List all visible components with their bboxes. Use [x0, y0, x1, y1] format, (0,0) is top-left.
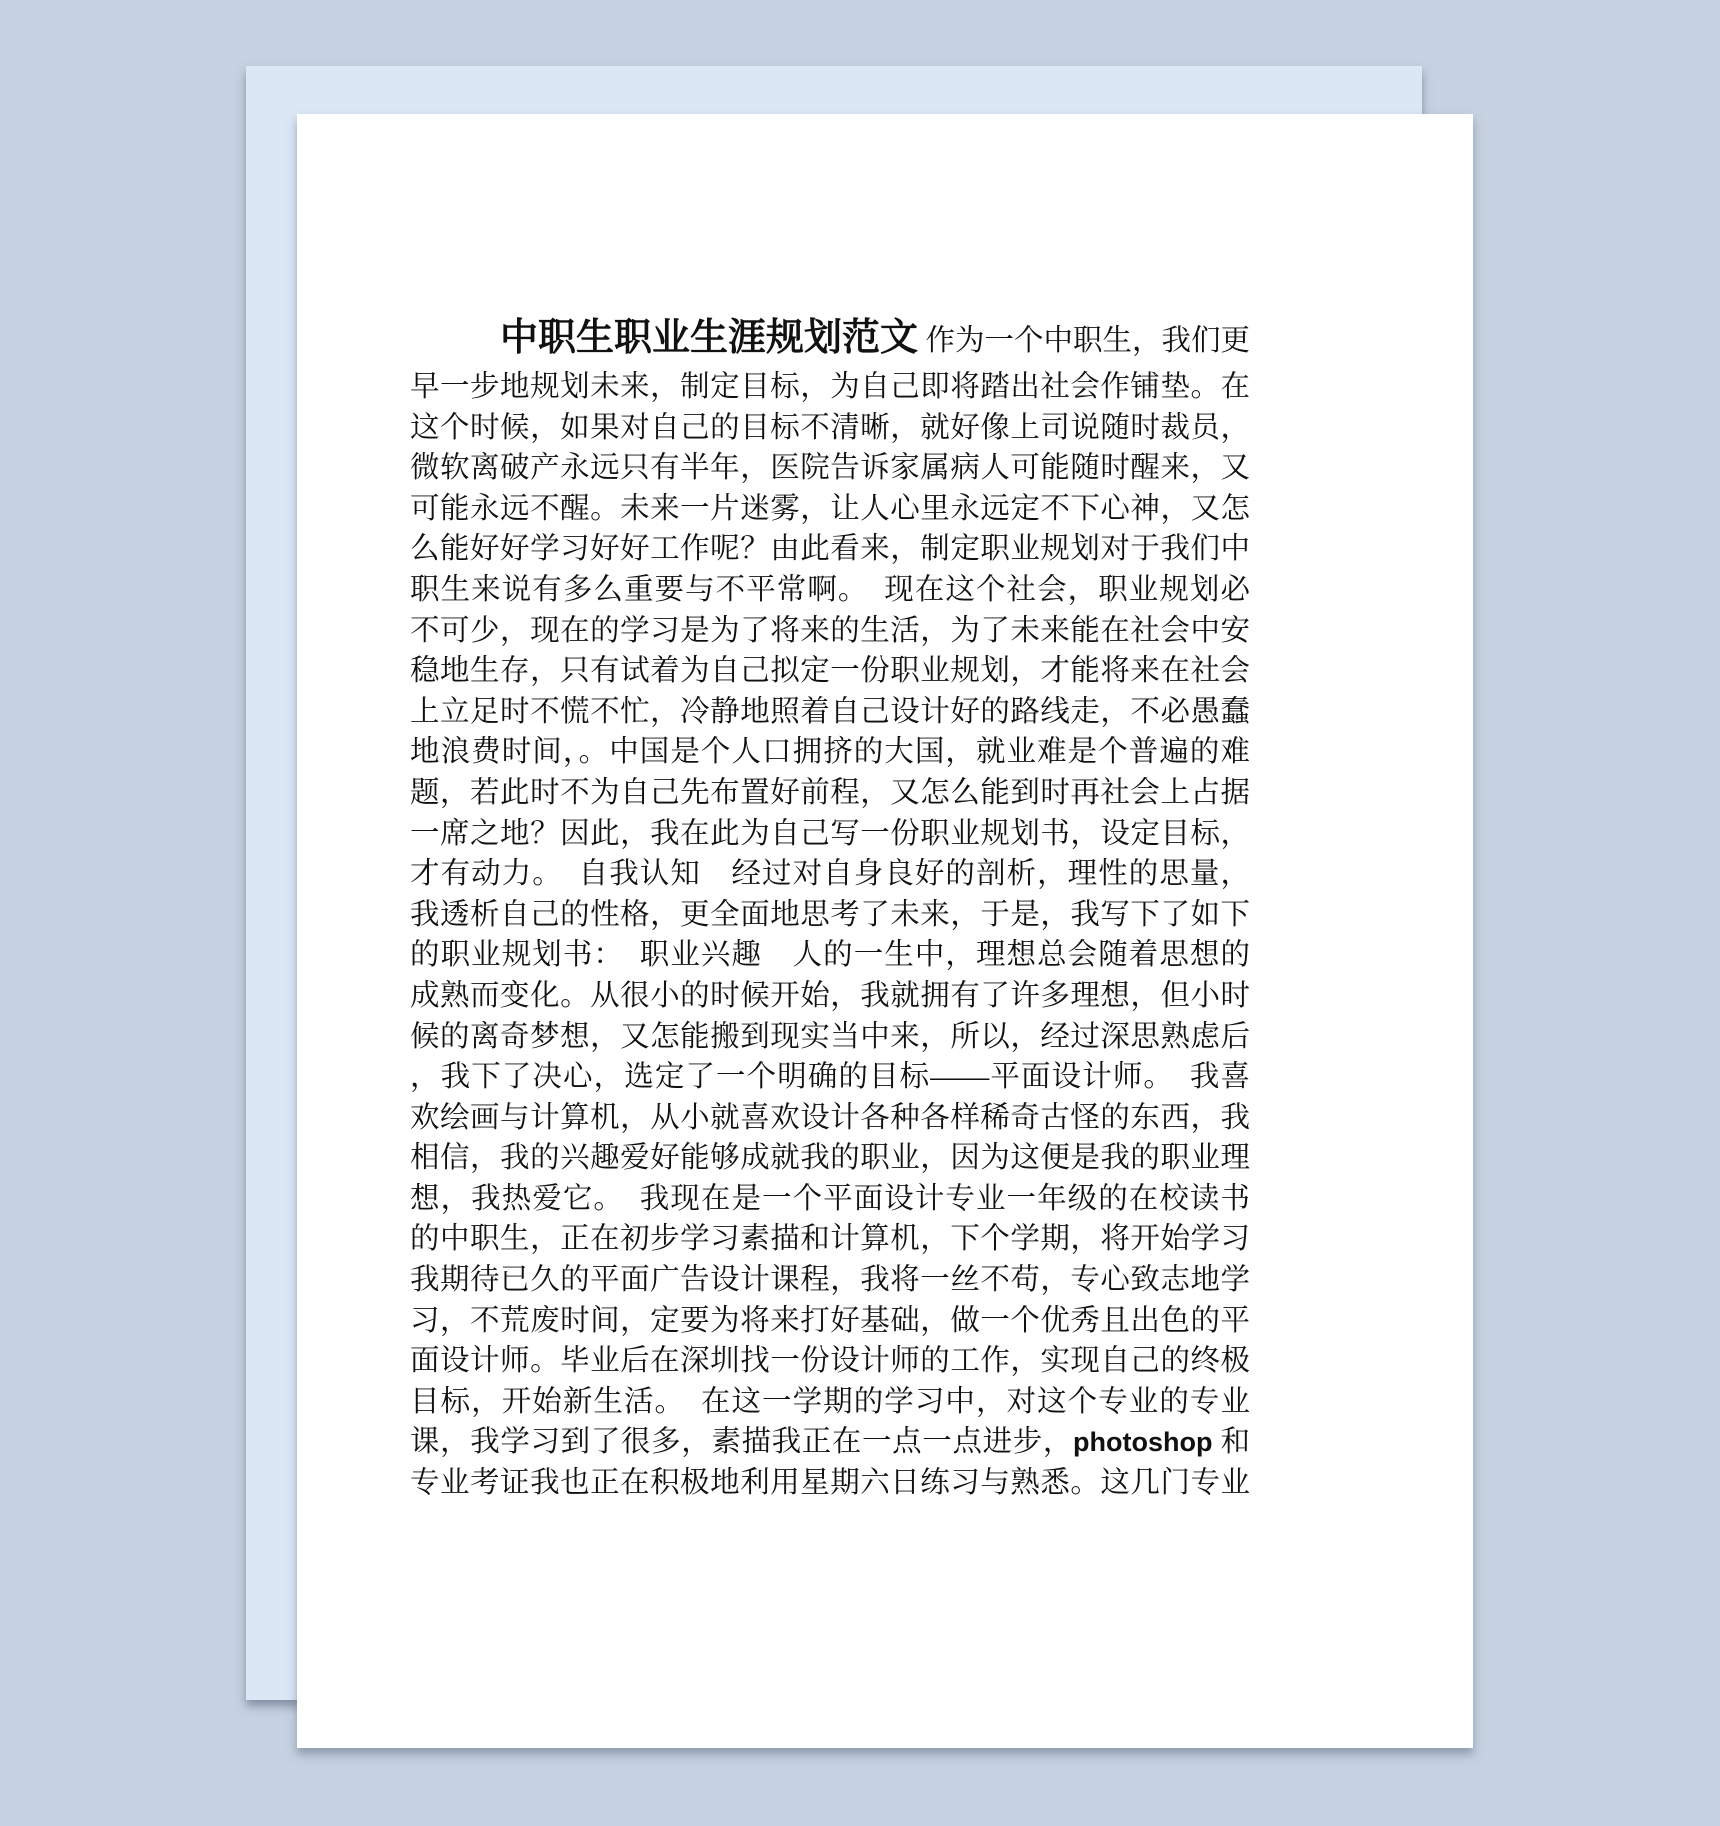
text-line: 候的离奇梦想，又怎能搬到现实当中来，所以，经过深思熟虑后	[410, 1017, 1250, 1058]
text-line: 成熟而变化。从很小的时候开始，我就拥有了许多理想，但小时	[410, 976, 1250, 1017]
text-line: 我透析自己的性格，更全面地思考了未来，于是，我写下了如下	[410, 895, 1250, 936]
text-line: 欢绘画与计算机，从小就喜欢设计各种各样稀奇古怪的东西，我	[410, 1098, 1250, 1139]
text-line: 面设计师。毕业后在深圳找一份设计师的工作，实现自己的终极	[410, 1341, 1250, 1382]
first-line: 中职生职业生涯规划范文 作为一个中职生，我们更	[410, 312, 1250, 367]
text-line: 微软离破产永远只有半年，医院告诉家属病人可能随时醒来，又	[410, 448, 1250, 489]
text-line: 这个时候，如果对自己的目标不清晰，就好像上司说随时裁员，	[410, 408, 1250, 449]
text-line: 早一步地规划未来，制定目标，为自己即将踏出社会作铺垫。在	[410, 367, 1250, 408]
text-line: 课，我学习到了很多，素描我正在一点一点进步，photoshop 和	[410, 1422, 1250, 1463]
text-line: 专业考证我也正在积极地利用星期六日练习与熟悉。这几门专业	[410, 1463, 1250, 1504]
text-line: 可能永远不醒。未来一片迷雾，让人心里永远定不下心神，又怎	[410, 489, 1250, 530]
text-line: 我期待已久的平面广告设计课程，我将一丝不苟，专心致志地学	[410, 1260, 1250, 1301]
text-line: 不可少，现在的学习是为了将来的生活，为了未来能在社会中安	[410, 611, 1250, 652]
text-line: 稳地生存，只有试着为自己拟定一份职业规划，才能将来在社会	[410, 651, 1250, 692]
latin-word: photoshop	[1073, 1427, 1212, 1457]
desktop-background: 中职生职业生涯规划范文 作为一个中职生，我们更 早一步地规划未来，制定目标，为自…	[0, 0, 1720, 1826]
document-text: 中职生职业生涯规划范文 作为一个中职生，我们更 早一步地规划未来，制定目标，为自…	[410, 312, 1250, 1504]
text-line: 职生来说有多么重要与不平常啊。 现在这个社会，职业规划必	[410, 570, 1250, 611]
text-line: ，我下了决心，选定了一个明确的目标——平面设计师。 我喜	[410, 1057, 1250, 1098]
text-line: 题，若此时不为自己先布置好前程，又怎么能到时再社会上占据	[410, 773, 1250, 814]
document-page: 中职生职业生涯规划范文 作为一个中职生，我们更 早一步地规划未来，制定目标，为自…	[297, 114, 1473, 1748]
text-line: 相信，我的兴趣爱好能够成就我的职业，因为这便是我的职业理	[410, 1138, 1250, 1179]
first-line-text: 作为一个中职生，我们更	[918, 325, 1250, 357]
text-line: 一席之地？因此，我在此为自己写一份职业规划书，设定目标，	[410, 814, 1250, 855]
text-line: 地浪费时间，。中国是个人口拥挤的大国，就业难是个普遍的难	[410, 732, 1250, 773]
text-line: 的中职生，正在初步学习素描和计算机，下个学期，将开始学习	[410, 1219, 1250, 1260]
text-line: 目标，开始新生活。 在这一学期的学习中，对这个专业的专业	[410, 1382, 1250, 1423]
text-line: 的职业规划书： 职业兴趣 人的一生中，理想总会随着思想的	[410, 935, 1250, 976]
text-line: 上立足时不慌不忙，冷静地照着自己设计好的路线走，不必愚蠢	[410, 692, 1250, 733]
document-title: 中职生职业生涯规划范文	[500, 317, 918, 359]
text-line: 想，我热爱它。 我现在是一个平面设计专业一年级的在校读书	[410, 1179, 1250, 1220]
text-line: 习，不荒废时间，定要为将来打好基础，做一个优秀且出色的平	[410, 1301, 1250, 1342]
text-line: 么能好好学习好好工作呢？由此看来，制定职业规划对于我们中	[410, 529, 1250, 570]
text-line: 才有动力。 自我认知 经过对自身良好的剖析，理性的思量，	[410, 854, 1250, 895]
